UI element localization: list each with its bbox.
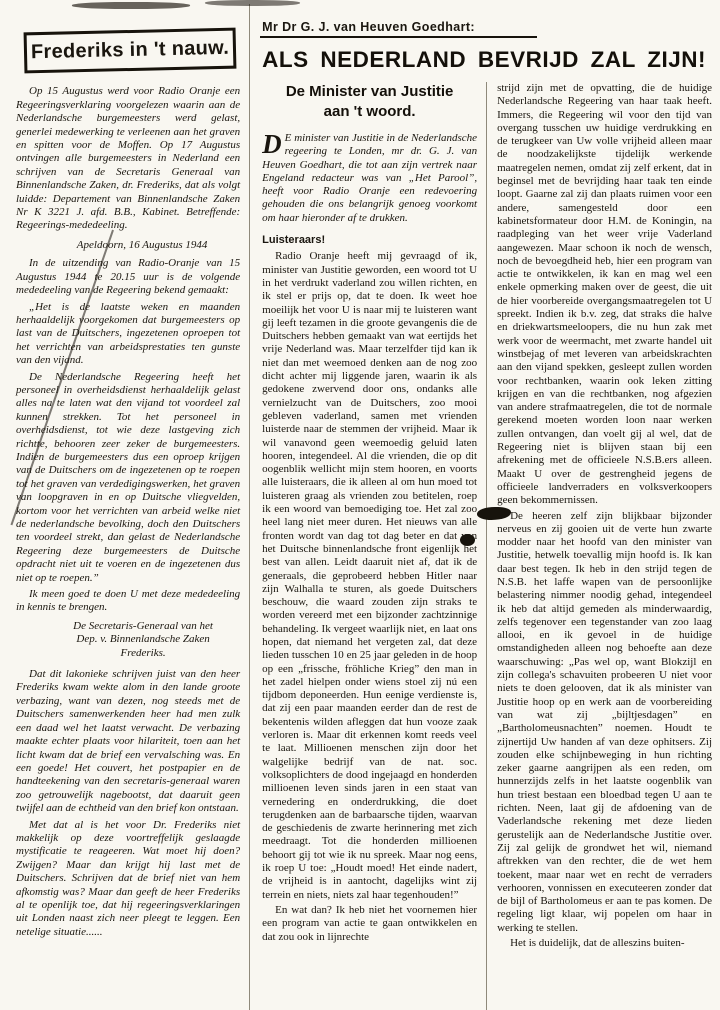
left-article-paragraph: In de uitzending van Radio-Oranje van 15… xyxy=(16,257,240,297)
main-article-zone: Mr Dr G. J. van Heuven Goedhart: ALS NED… xyxy=(250,4,712,1010)
drop-cap: D xyxy=(262,132,285,156)
ink-blot-artifact xyxy=(460,534,475,546)
scan-smudge-artifact xyxy=(205,0,300,6)
middle-column: De Minister van Justitie aan 't woord. D… xyxy=(260,82,486,1010)
page-body: Frederiks in 't nauw. Op 15 Augustus wer… xyxy=(14,4,712,1010)
newspaper-page: Frederiks in 't nauw. Op 15 Augustus wer… xyxy=(0,0,720,1010)
left-article-paragraph: „Het is de laatste weken en maanden herh… xyxy=(16,301,240,368)
left-article-column: Frederiks in 't nauw. Op 15 Augustus wer… xyxy=(14,4,250,1010)
speech-paragraph: De heeren zelf zijn blijkbaar bijzonder … xyxy=(497,510,712,936)
signature-line: Frederiks. xyxy=(46,647,240,660)
article-intro-text: E minister van Justitie in de Nederlands… xyxy=(262,132,477,224)
right-column: strijd zijn met de opvatting, die de hui… xyxy=(486,82,712,1010)
speech-columns: De Minister van Justitie aan 't woord. D… xyxy=(260,82,712,1010)
signature-line: Dep. v. Binnenlandsche Zaken xyxy=(46,633,240,646)
speech-paragraph: Het is duidelijk, dat de alleszins buite… xyxy=(497,937,712,950)
signature-block: De Secretaris-Generaal van het Dep. v. B… xyxy=(46,620,240,660)
signature-line: De Secretaris-Generaal van het xyxy=(46,620,240,633)
left-article-title-box: Frederiks in 't nauw. xyxy=(24,28,237,74)
left-article-paragraph: Ik meen goed te doen U met deze mededeel… xyxy=(16,588,240,615)
left-article-title: Frederiks in 't nauw. xyxy=(31,37,230,63)
author-byline: Mr Dr G. J. van Heuven Goedhart: xyxy=(260,20,537,38)
speech-paragraph: En wat dan? Ik heb niet het voornemen hi… xyxy=(262,904,477,944)
salutation: Luisteraars! xyxy=(262,234,477,247)
speech-paragraph: strijd zijn met de opvatting, die de hui… xyxy=(497,82,712,508)
article-subhead: De Minister van Justitie aan 't woord. xyxy=(272,82,467,121)
scan-smudge-artifact xyxy=(72,2,190,9)
dateline: Apeldoorn, 16 Augustus 1944 xyxy=(44,239,240,252)
left-article-paragraph: Dat dit lakonieke schrijven juist van de… xyxy=(16,668,240,815)
left-article-intro-paragraph: Op 15 Augustus werd voor Radio Oranje ee… xyxy=(16,85,240,232)
left-article-paragraph: Met dat al is het voor Dr. Frederiks nie… xyxy=(16,819,240,940)
speech-paragraph: Radio Oranje heeft mij gevraagd of ik, m… xyxy=(262,250,477,902)
main-headline: ALS NEDERLAND BEVRIJD ZAL ZIJN! xyxy=(262,47,712,73)
left-article-paragraph: De Nederlandsche Regeering heeft het per… xyxy=(16,371,240,586)
article-intro-paragraph: DE minister van Justitie in de Nederland… xyxy=(262,132,477,225)
